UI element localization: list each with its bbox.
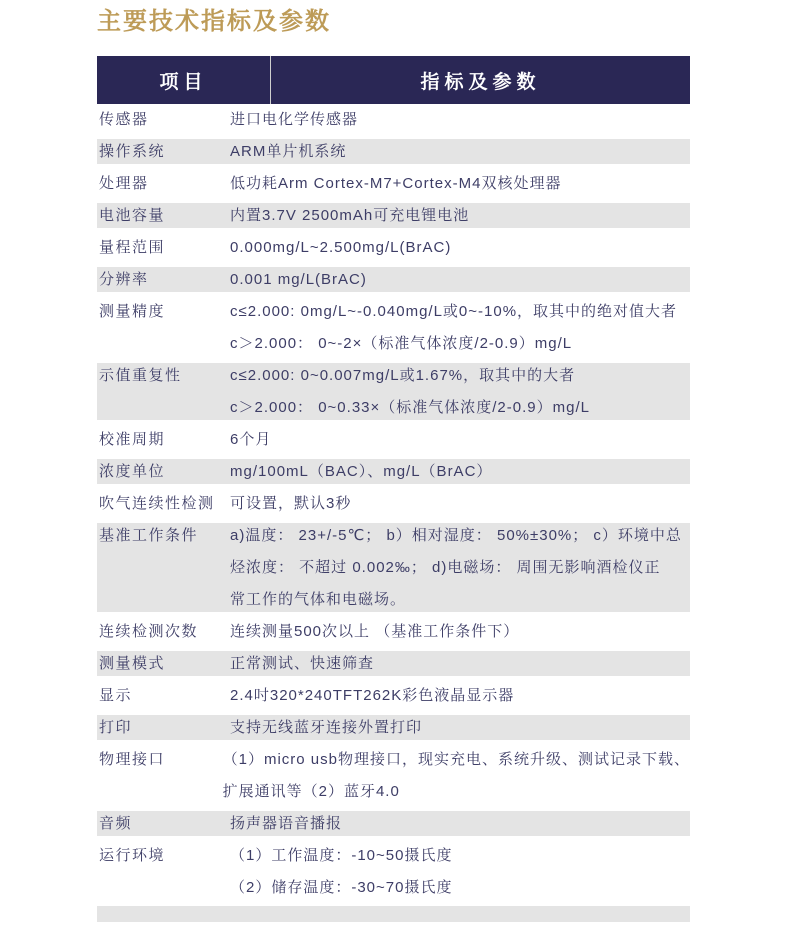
table-row: 显示2.4吋320*240TFT262K彩色液晶显示器 xyxy=(97,680,690,712)
row-label: 传感器 xyxy=(97,104,230,136)
header-cell-item: 项目 xyxy=(97,56,271,104)
row-value-line: 进口电化学传感器 xyxy=(230,104,690,136)
row-label: 电池容量 xyxy=(97,200,230,232)
row-value: c≤2.000: 0mg/L~-0.040mg/L或0~-10%，取其中的绝对值… xyxy=(230,296,690,360)
row-value-line: 2.4吋320*240TFT262K彩色液晶显示器 xyxy=(230,680,690,712)
table-row: 操作系统ARM单片机系统 xyxy=(97,136,690,168)
row-value: 低功耗Arm Cortex-M7+Cortex-M4双核处理器 xyxy=(230,168,690,200)
table-row: 连续检测次数连续测量500次以上 （基准工作条件下） xyxy=(97,616,690,648)
row-value: a)温度： 23+/-5℃； b）相对湿度： 50%±30%； c）环境中总烃浓… xyxy=(230,520,690,616)
table-row: 物理接口（1）micro usb物理接口，现实充电、系统升级、测试记录下载、扩展… xyxy=(97,744,690,808)
row-value: 可设置，默认3秒 xyxy=(230,488,690,520)
row-value-line: 常工作的气体和电磁场。 xyxy=(230,584,690,616)
row-label: 分辨率 xyxy=(97,264,230,296)
table-row: 测量精度c≤2.000: 0mg/L~-0.040mg/L或0~-10%，取其中… xyxy=(97,296,690,360)
row-value: 连续测量500次以上 （基准工作条件下） xyxy=(230,616,690,648)
row-value-line: 烃浓度： 不超过 0.002‰； d)电磁场： 周围无影响酒检仪正 xyxy=(230,552,690,584)
row-value-line: 0.001 mg/L(BrAC) xyxy=(230,264,690,296)
row-label: 校准周期 xyxy=(97,424,230,456)
spec-table-body: 传感器进口电化学传感器操作系统ARM单片机系统处理器低功耗Arm Cortex-… xyxy=(97,104,690,904)
row-label: 连续检测次数 xyxy=(97,616,230,648)
row-value-line: 可设置，默认3秒 xyxy=(230,488,690,520)
row-label: 运行环境 xyxy=(97,840,230,904)
row-value-line: 正常测试、快速筛查 xyxy=(230,648,690,680)
row-value-line: 扬声器语音播报 xyxy=(230,808,690,840)
table-row: 打印支持无线蓝牙连接外置打印 xyxy=(97,712,690,744)
row-value-line: 连续测量500次以上 （基准工作条件下） xyxy=(230,616,690,648)
row-value-line: c≤2.000: 0mg/L~-0.040mg/L或0~-10%，取其中的绝对值… xyxy=(230,296,690,328)
page-title: 主要技术指标及参数 xyxy=(97,8,790,36)
row-label: 处理器 xyxy=(97,168,230,200)
header-cell-value: 指标及参数 xyxy=(271,56,690,104)
table-row: 浓度单位mg/100mL（BAC）、mg/L（BrAC） xyxy=(97,456,690,488)
row-value: （1）工作温度：-10~50摄氏度（2）储存温度：-30~70摄氏度 xyxy=(230,840,690,904)
row-value-line: 0.000mg/L~2.500mg/L(BrAC) xyxy=(230,232,690,264)
table-row: 测量模式正常测试、快速筛查 xyxy=(97,648,690,680)
table-row: 音频扬声器语音播报 xyxy=(97,808,690,840)
row-value: 0.000mg/L~2.500mg/L(BrAC) xyxy=(230,232,690,264)
row-value: 0.001 mg/L(BrAC) xyxy=(230,264,690,296)
table-row: 吹气连续性检测可设置，默认3秒 xyxy=(97,488,690,520)
table-row: 分辨率0.001 mg/L(BrAC) xyxy=(97,264,690,296)
spec-page: 主要技术指标及参数 项目 指标及参数 传感器进口电化学传感器操作系统ARM单片机… xyxy=(0,0,790,922)
row-label: 音频 xyxy=(97,808,230,840)
row-label: 量程范围 xyxy=(97,232,230,264)
row-value: c≤2.000: 0~0.007mg/L或1.67%，取其中的大者c＞2.000… xyxy=(230,360,690,424)
row-label: 物理接口 xyxy=(97,744,223,808)
row-value-line: （1）工作温度：-10~50摄氏度 xyxy=(230,840,690,872)
partial-row-strip xyxy=(97,906,690,922)
row-value-line: ARM单片机系统 xyxy=(230,136,690,168)
table-row: 传感器进口电化学传感器 xyxy=(97,104,690,136)
row-value-line: a)温度： 23+/-5℃； b）相对湿度： 50%±30%； c）环境中总 xyxy=(230,520,690,552)
row-label: 打印 xyxy=(97,712,230,744)
row-value-line: mg/100mL（BAC）、mg/L（BrAC） xyxy=(230,456,690,488)
row-label: 操作系统 xyxy=(97,136,230,168)
row-value: ARM单片机系统 xyxy=(230,136,690,168)
row-value-line: 6个月 xyxy=(230,424,690,456)
row-value-line: c＞2.000： 0~0.33×（标准气体浓度/2-0.9）mg/L xyxy=(230,392,690,424)
row-value-line: c≤2.000: 0~0.007mg/L或1.67%，取其中的大者 xyxy=(230,360,690,392)
row-value: 6个月 xyxy=(230,424,690,456)
row-value: （1）micro usb物理接口，现实充电、系统升级、测试记录下载、扩展通讯等（… xyxy=(223,744,690,808)
table-row: 校准周期6个月 xyxy=(97,424,690,456)
row-value: 内置3.7V 2500mAh可充电锂电池 xyxy=(230,200,690,232)
row-value-line: 低功耗Arm Cortex-M7+Cortex-M4双核处理器 xyxy=(230,168,690,200)
row-label: 示值重复性 xyxy=(97,360,230,424)
row-value: 正常测试、快速筛查 xyxy=(230,648,690,680)
row-label: 测量模式 xyxy=(97,648,230,680)
row-value: 支持无线蓝牙连接外置打印 xyxy=(230,712,690,744)
spec-table: 项目 指标及参数 传感器进口电化学传感器操作系统ARM单片机系统处理器低功耗Ar… xyxy=(97,56,690,922)
table-row: 量程范围0.000mg/L~2.500mg/L(BrAC) xyxy=(97,232,690,264)
row-value-line: c＞2.000： 0~-2×（标准气体浓度/2-0.9）mg/L xyxy=(230,328,690,360)
row-value-line: 支持无线蓝牙连接外置打印 xyxy=(230,712,690,744)
row-value: 进口电化学传感器 xyxy=(230,104,690,136)
table-row: 电池容量内置3.7V 2500mAh可充电锂电池 xyxy=(97,200,690,232)
table-header-row: 项目 指标及参数 xyxy=(97,56,690,104)
row-label: 吹气连续性检测 xyxy=(97,488,230,520)
row-value: mg/100mL（BAC）、mg/L（BrAC） xyxy=(230,456,690,488)
row-label: 浓度单位 xyxy=(97,456,230,488)
row-label: 基准工作条件 xyxy=(97,520,230,616)
row-value: 2.4吋320*240TFT262K彩色液晶显示器 xyxy=(230,680,690,712)
row-value: 扬声器语音播报 xyxy=(230,808,690,840)
table-row: 处理器低功耗Arm Cortex-M7+Cortex-M4双核处理器 xyxy=(97,168,690,200)
row-label: 测量精度 xyxy=(97,296,230,360)
row-value-line: （1）micro usb物理接口，现实充电、系统升级、测试记录下载、 xyxy=(223,744,690,776)
row-value-line: 内置3.7V 2500mAh可充电锂电池 xyxy=(230,200,690,232)
row-value-line: （2）储存温度：-30~70摄氏度 xyxy=(230,872,690,904)
table-row: 运行环境（1）工作温度：-10~50摄氏度（2）储存温度：-30~70摄氏度 xyxy=(97,840,690,904)
row-value-line: 扩展通讯等（2）蓝牙4.0 xyxy=(223,776,690,808)
table-row: 示值重复性c≤2.000: 0~0.007mg/L或1.67%，取其中的大者c＞… xyxy=(97,360,690,424)
table-row: 基准工作条件a)温度： 23+/-5℃； b）相对湿度： 50%±30%； c）… xyxy=(97,520,690,616)
row-label: 显示 xyxy=(97,680,230,712)
